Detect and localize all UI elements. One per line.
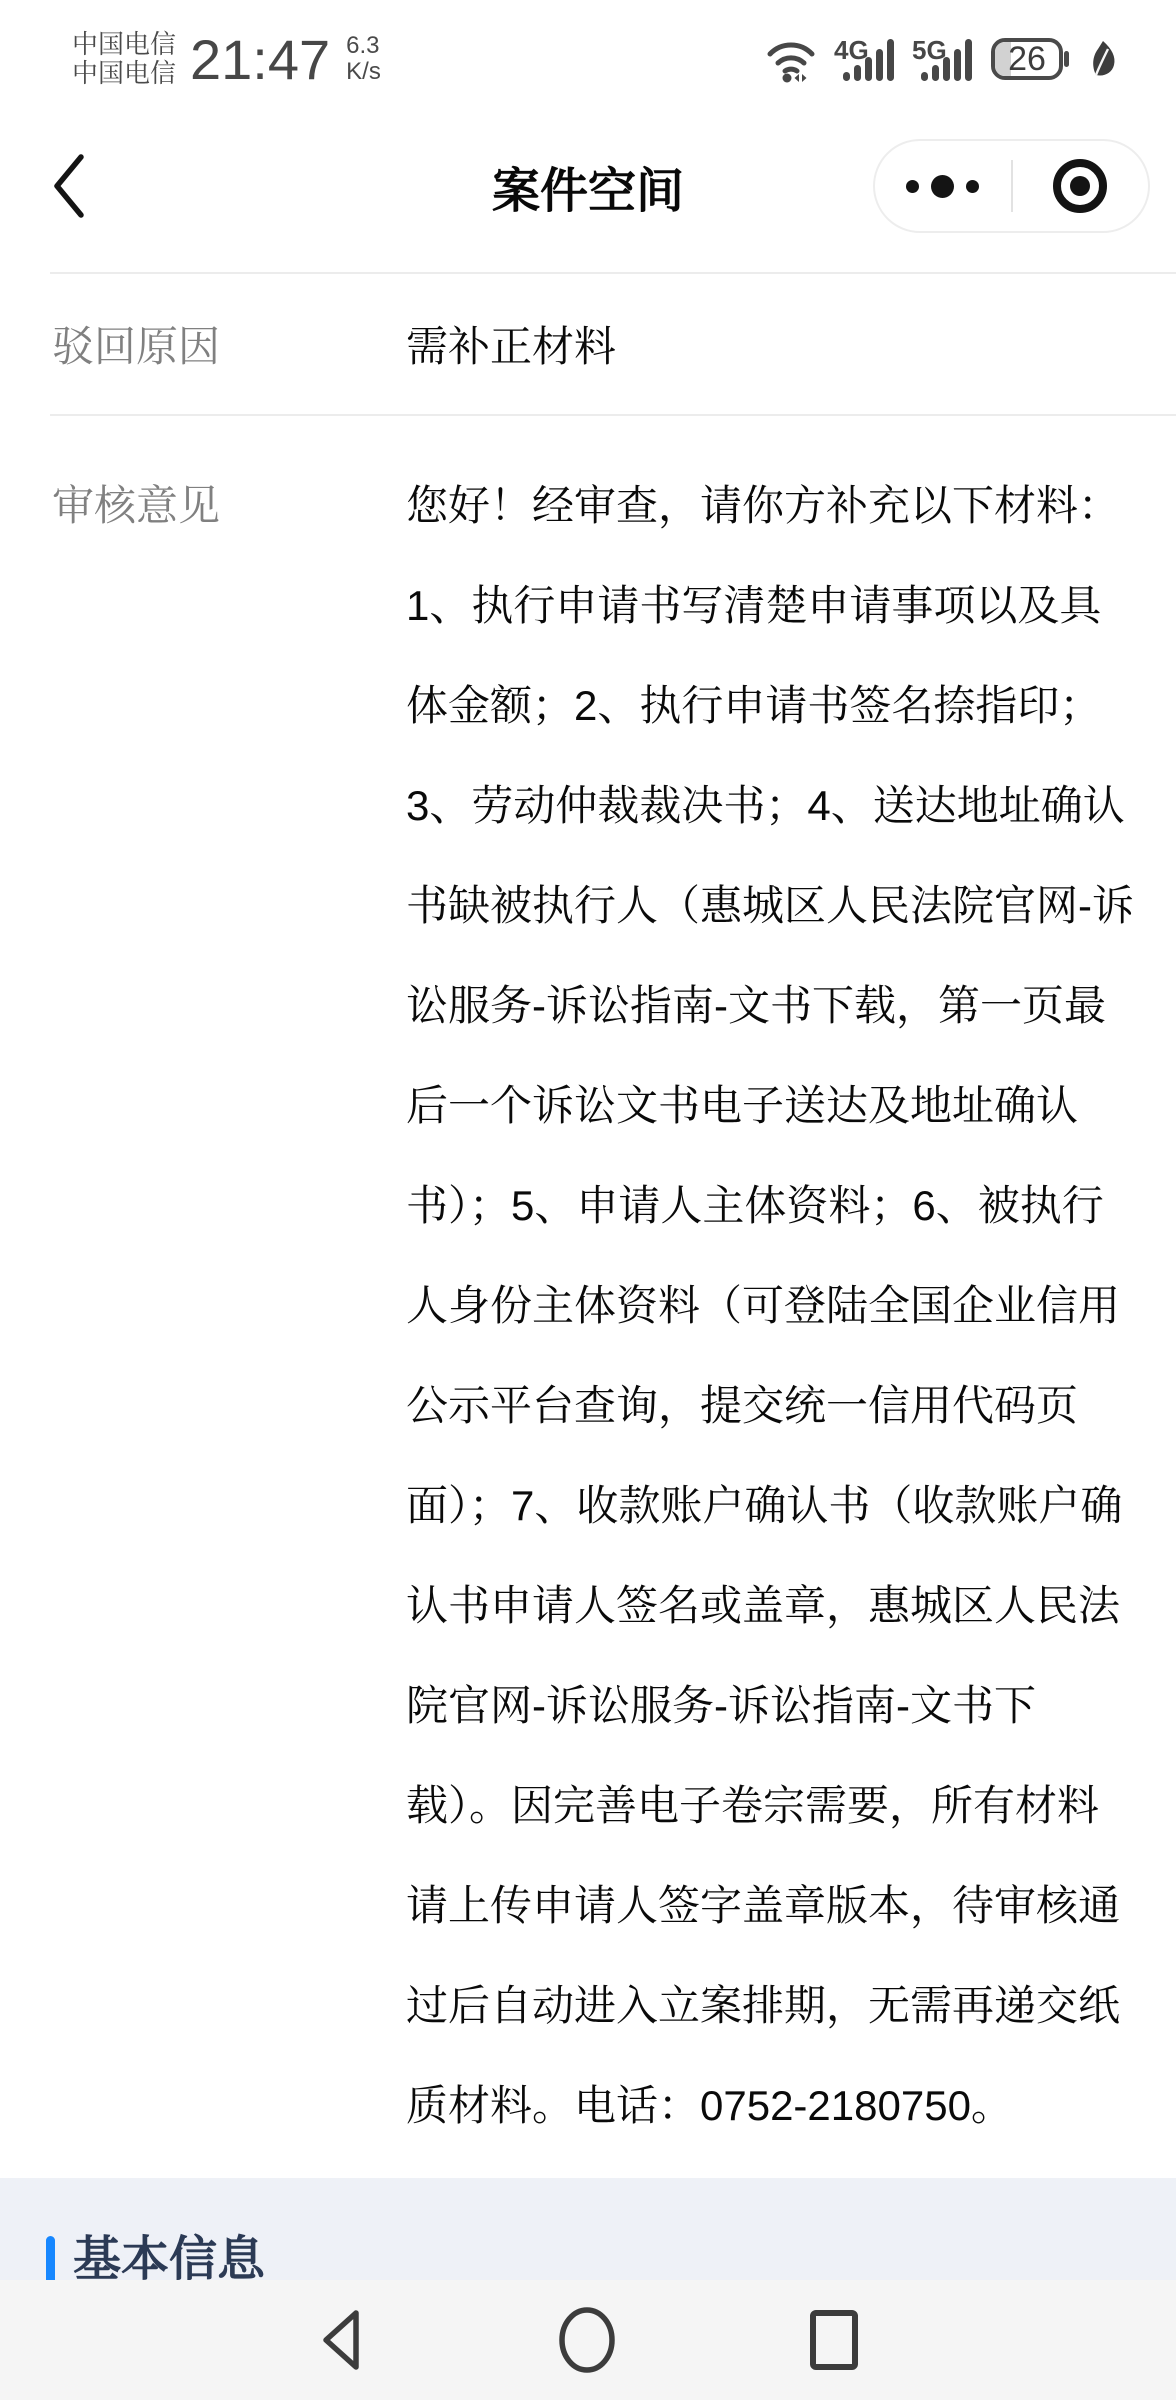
recents-square-icon <box>808 2308 860 2372</box>
status-icons: 4G 5G 26 <box>766 35 1118 83</box>
target-circle-icon <box>1053 159 1107 213</box>
battery-percent: 26 <box>1008 40 1046 78</box>
android-recents-button[interactable] <box>808 2308 860 2372</box>
back-button[interactable] <box>50 146 110 226</box>
network-speed-unit: K/s <box>346 59 381 85</box>
section-header-basic-info: 基本信息 <box>0 2178 1176 2280</box>
section-title: 基本信息 <box>73 2230 265 2280</box>
top-gap <box>0 260 1176 272</box>
eco-leaf-icon <box>1088 39 1118 79</box>
home-circle-icon <box>558 2306 616 2374</box>
field-row-reject-reason: 驳回原因 需补正材料 <box>0 274 1176 414</box>
field-row-review-opinion: 审核意见 您好！经审查，请你方补充以下材料：1、执行申请书写清楚申请事项以及具体… <box>0 416 1176 2178</box>
miniprogram-capsule <box>873 139 1150 233</box>
chevron-left-icon <box>50 152 88 220</box>
field-value: 需补正材料 <box>406 314 1176 374</box>
back-triangle-icon <box>316 2307 366 2373</box>
network-speed: 6.3 K/s <box>346 33 381 85</box>
app-bar: 案件空间 <box>0 112 1176 260</box>
signal-5g-icon: 5G <box>912 35 972 83</box>
field-label: 驳回原因 <box>0 314 406 374</box>
android-navigation-bar <box>0 2280 1176 2400</box>
more-button[interactable] <box>875 141 1011 231</box>
carrier-line2: 中国电信 <box>72 59 176 88</box>
exit-button[interactable] <box>1013 141 1149 231</box>
status-bar: 中国电信 中国电信 21:47 6.3 K/s 4G <box>0 0 1176 112</box>
ellipsis-dots-icon <box>906 180 919 193</box>
status-clock: 21:47 <box>190 27 330 92</box>
network-speed-value: 6.3 <box>346 33 381 59</box>
field-label: 审核意见 <box>0 456 406 556</box>
carrier-labels: 中国电信 中国电信 <box>72 30 176 88</box>
wifi-icon <box>766 35 816 83</box>
android-home-button[interactable] <box>558 2306 616 2374</box>
carrier-line1: 中国电信 <box>72 30 176 59</box>
phone-screen: 中国电信 中国电信 21:47 6.3 K/s 4G <box>0 0 1176 2400</box>
field-value: 您好！经审查，请你方补充以下材料：1、执行申请书写清楚申请事项以及具体金额；2、… <box>406 456 1140 2156</box>
section-accent-bar <box>46 2236 55 2280</box>
signal-4g-icon: 4G <box>834 35 894 83</box>
page-content[interactable]: 驳回原因 需补正材料 审核意见 您好！经审查，请你方补充以下材料：1、执行申请书… <box>0 260 1176 2280</box>
android-back-button[interactable] <box>316 2307 366 2373</box>
battery-icon: 26 <box>990 35 1070 83</box>
